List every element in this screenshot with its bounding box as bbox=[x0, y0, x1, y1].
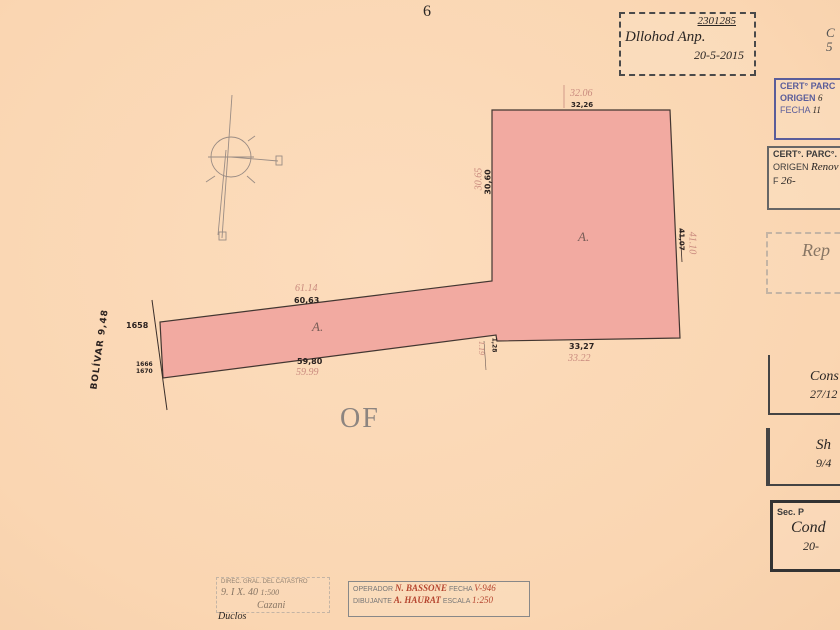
stamp-right-3-handwritten: Rep bbox=[802, 240, 830, 260]
measure-bottom-black: 33,27 bbox=[569, 343, 594, 351]
stamp-catastro: DIREC. GRAL. DEL CATASTRO 9. I X. 40 1:5… bbox=[216, 577, 330, 613]
escala-label: ESCALA bbox=[443, 598, 470, 605]
stamp-right-3: Rep bbox=[766, 232, 840, 294]
stamp-right-5-date: 9/4 bbox=[816, 456, 831, 470]
fecha-value: V-946 bbox=[474, 583, 496, 593]
measure-arm-bottom-black: 59,80 bbox=[297, 358, 322, 366]
fecha-label: FECHA bbox=[449, 586, 472, 593]
dibujante-value: A. HAURAT bbox=[394, 595, 441, 605]
stamp-right-5-handwritten: Sh bbox=[816, 437, 831, 453]
operador-value: N. BASSONE bbox=[395, 583, 447, 593]
stamp-registration-number: 2301285 bbox=[698, 15, 737, 27]
catastro-header: DIREC. GRAL. DEL CATASTRO bbox=[221, 579, 308, 585]
stamp-cert-2: CERT°. PARC°. P ORIGEN Renov F 26- bbox=[767, 146, 840, 210]
cert-2-line1: CERT°. PARC°. P bbox=[773, 149, 840, 159]
stamp-registration-date: 20-5-2015 bbox=[694, 48, 744, 62]
catastro-name: Cazani bbox=[257, 600, 285, 611]
stamp-right-6-prefix: Sec. P bbox=[777, 507, 804, 517]
parcel-drawing bbox=[0, 0, 840, 630]
stamp-right-6-date: 20- bbox=[777, 539, 819, 553]
stamp-right-4: Cons 27/12 bbox=[768, 355, 840, 415]
page-number: 6 bbox=[423, 4, 431, 20]
catastro-date: 9. I X. 40 bbox=[221, 587, 258, 598]
stamp-operator: OPERADOR N. BASSONE FECHA V-946 DIBUJANT… bbox=[348, 581, 530, 617]
stamp-right-5: Sh 9/4 bbox=[766, 428, 840, 486]
measure-step-black: 1,28 bbox=[490, 338, 496, 353]
measure-right-black: 41,07 bbox=[678, 228, 685, 250]
stamp-right-6-handwritten: Cond bbox=[777, 519, 826, 536]
zone-symbol: OF bbox=[340, 405, 380, 433]
top-right-fragment: C 5 bbox=[826, 26, 835, 55]
parcel-polygon bbox=[160, 110, 680, 378]
dibujante-label: DIBUJANTE bbox=[353, 598, 392, 605]
measure-bottom-red: 33.22 bbox=[568, 354, 591, 364]
frontage-bottom-2: 1670 bbox=[136, 369, 153, 375]
measure-top-black: 32,26 bbox=[571, 102, 593, 109]
measure-arm-top-black: 60,63 bbox=[294, 297, 319, 305]
measure-arm-top-red: 61.14 bbox=[295, 284, 318, 294]
measure-top-red: 32.06 bbox=[570, 89, 593, 99]
measure-left-black: 30,60 bbox=[485, 169, 493, 194]
operador-label: OPERADOR bbox=[353, 586, 393, 593]
catastro-scale: 1:500 bbox=[260, 588, 279, 597]
stamp-right-4-handwritten: Cons bbox=[810, 369, 839, 384]
parcel-label-lower: A. bbox=[312, 320, 323, 333]
stamp-right-4-date: 27/12 bbox=[810, 387, 837, 401]
stamp-registration-handwritten: Dllohod Anp. bbox=[625, 29, 706, 45]
cert-2-line3: F bbox=[773, 176, 779, 186]
cert-1-line3: FECHA bbox=[780, 105, 810, 115]
frontage-top: 1658 bbox=[126, 322, 148, 330]
cert-2-line2: ORIGEN bbox=[773, 162, 809, 172]
measure-arm-bottom-red: 59.99 bbox=[296, 368, 319, 378]
stamp-registration: 2301285 Dllohod Anp. 20-5-2015 bbox=[619, 12, 756, 76]
measure-right-red: 41.10 bbox=[686, 232, 696, 255]
cert-1-line2: ORIGEN bbox=[780, 93, 816, 103]
stamp-right-6: Sec. P Cond 20- bbox=[770, 500, 840, 572]
cert-1-line1: CERT° PARC bbox=[780, 81, 835, 91]
catastro-signature: Duclos bbox=[218, 612, 246, 622]
compass-rose-icon bbox=[206, 95, 282, 240]
parcel-label-upper: A. bbox=[578, 230, 589, 243]
stamp-cert-1: CERT° PARC ORIGEN 6 FECHA 11 bbox=[774, 78, 840, 140]
measure-step-red: 1.19 bbox=[477, 341, 485, 355]
escala-value: 1:250 bbox=[472, 595, 493, 605]
